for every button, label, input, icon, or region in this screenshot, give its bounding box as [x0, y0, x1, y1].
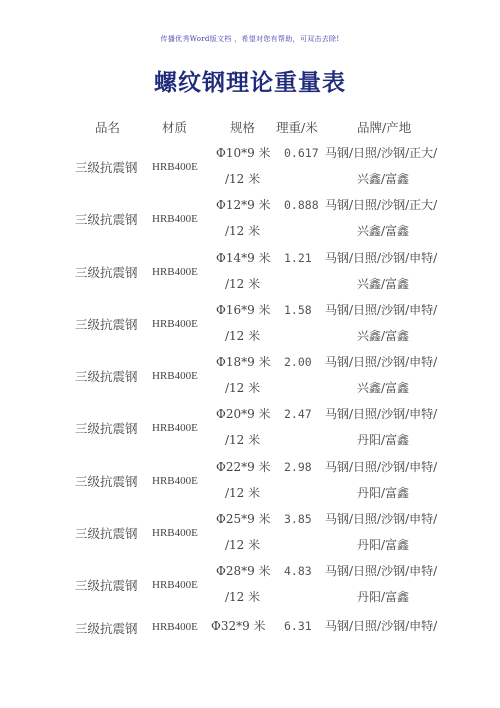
cell-spec-line2: /12 米 — [225, 536, 260, 553]
cell-name: 三级抗震钢 — [75, 576, 138, 594]
table-row: 三级抗震钢 HRB400E Φ25*9 米 /12 米 3.85 马钢/日照/沙… — [0, 506, 500, 558]
cell-material: HRB400E — [152, 621, 198, 633]
cell-material: HRB400E — [152, 370, 198, 382]
cell-spec-line2: /12 米 — [225, 170, 260, 187]
cell-brand-line2: 丹阳/富鑫 — [357, 484, 409, 501]
cell-weight: 3.85 — [284, 512, 312, 526]
cell-brand-line1: 马钢/日照/沙钢/申特/ — [325, 617, 437, 634]
cell-weight: 6.31 — [284, 619, 312, 633]
table-row: 三级抗震钢 HRB400E Φ10*9 米 /12 米 0.617 马钢/日照/… — [0, 140, 500, 192]
cell-weight: 0.888 — [284, 198, 319, 212]
cell-spec-line1: Φ25*9 米 — [216, 510, 271, 527]
cell-weight: 1.58 — [284, 303, 312, 317]
cell-spec-line2: /12 米 — [225, 484, 260, 501]
cell-weight: 4.83 — [284, 564, 312, 578]
cell-name: 三级抗震钢 — [75, 315, 138, 333]
cell-brand-line1: 马钢/日照/沙钢/申特/ — [325, 301, 437, 318]
cell-spec-line1: Φ32*9 米 — [211, 617, 266, 634]
table-row: 三级抗震钢 HRB400E Φ32*9 米 6.31 马钢/日照/沙钢/申特/ — [0, 611, 500, 663]
cell-spec-line1: Φ12*9 米 — [216, 196, 271, 213]
cell-spec-line1: Φ10*9 米 — [216, 144, 271, 161]
cell-brand-line1: 马钢/日照/沙钢/申特/ — [325, 510, 437, 527]
cell-material: HRB400E — [152, 213, 198, 225]
table-row: 三级抗震钢 HRB400E Φ28*9 米 /12 米 4.83 马钢/日照/沙… — [0, 558, 500, 610]
cell-brand-line1: 马钢/日照/沙钢/申特/ — [325, 249, 437, 266]
cell-name: 三级抗震钢 — [75, 263, 138, 281]
cell-spec-line2: /12 米 — [225, 588, 260, 605]
cell-name: 三级抗震钢 — [75, 524, 138, 542]
cell-brand-line2: 丹阳/富鑫 — [357, 588, 409, 605]
cell-brand-line2: 丹阳/富鑫 — [357, 536, 409, 553]
cell-material: HRB400E — [152, 266, 198, 278]
cell-spec-line2: /12 米 — [225, 327, 260, 344]
cell-brand-line1: 马钢/日照/沙钢/申特/ — [325, 562, 437, 579]
document-title: 螺纹钢理论重量表 — [0, 64, 500, 97]
header-note: 传播优秀Word版文档 ，希望对您有帮助，可双击去除! — [0, 34, 500, 44]
cell-name: 三级抗震钢 — [75, 419, 138, 437]
cell-name: 三级抗震钢 — [75, 472, 138, 490]
cell-weight: 2.47 — [284, 407, 312, 421]
cell-brand-line1: 马钢/日照/沙钢/申特/ — [325, 405, 437, 422]
cell-spec-line1: Φ16*9 米 — [216, 301, 271, 318]
cell-brand-line1: 马钢/日照/沙钢/申特/ — [325, 458, 437, 475]
cell-brand-line2: 兴鑫/富鑫 — [357, 222, 409, 239]
table-header-row: 品名 材质 规格 理重/米 品牌/产地 — [0, 118, 500, 140]
cell-brand-line2: 丹阳/富鑫 — [357, 431, 409, 448]
cell-weight: 0.617 — [284, 146, 319, 160]
cell-brand-line2: 兴鑫/富鑫 — [357, 170, 409, 187]
table-row: 三级抗震钢 HRB400E Φ18*9 米 /12 米 2.00 马钢/日照/沙… — [0, 349, 500, 401]
cell-spec-line2: /12 米 — [225, 431, 260, 448]
table-row: 三级抗震钢 HRB400E Φ12*9 米 /12 米 0.888 马钢/日照/… — [0, 192, 500, 244]
table-row: 三级抗震钢 HRB400E Φ22*9 米 /12 米 2.98 马钢/日照/沙… — [0, 454, 500, 506]
cell-name: 三级抗震钢 — [75, 619, 138, 637]
cell-brand-line2: 兴鑫/富鑫 — [357, 379, 409, 396]
rebar-weight-table: 品名 材质 规格 理重/米 品牌/产地 三级抗震钢 HRB400E Φ10*9 … — [0, 118, 500, 663]
cell-weight: 2.98 — [284, 460, 312, 474]
cell-spec-line1: Φ20*9 米 — [216, 405, 271, 422]
cell-spec-line2: /12 米 — [225, 275, 260, 292]
cell-spec-line2: /12 米 — [225, 222, 260, 239]
cell-material: HRB400E — [152, 527, 198, 539]
column-header-weight: 理重/米 — [276, 118, 318, 136]
cell-material: HRB400E — [152, 161, 198, 173]
cell-weight: 2.00 — [284, 355, 312, 369]
table-row: 三级抗震钢 HRB400E Φ14*9 米 /12 米 1.21 马钢/日照/沙… — [0, 245, 500, 297]
cell-spec-line1: Φ28*9 米 — [216, 562, 271, 579]
cell-spec-line2: /12 米 — [225, 379, 260, 396]
cell-material: HRB400E — [152, 422, 198, 434]
cell-spec-line1: Φ22*9 米 — [216, 458, 271, 475]
cell-name: 三级抗震钢 — [75, 367, 138, 385]
column-header-spec: 规格 — [230, 118, 255, 136]
cell-brand-line1: 马钢/日照/沙钢/正大/ — [325, 196, 437, 213]
table-row: 三级抗震钢 HRB400E Φ20*9 米 /12 米 2.47 马钢/日照/沙… — [0, 401, 500, 453]
column-header-name: 品名 — [95, 118, 120, 136]
cell-material: HRB400E — [152, 579, 198, 591]
table-row: 三级抗震钢 HRB400E Φ16*9 米 /12 米 1.58 马钢/日照/沙… — [0, 297, 500, 349]
cell-brand-line2: 兴鑫/富鑫 — [357, 327, 409, 344]
column-header-brand: 品牌/产地 — [357, 118, 411, 136]
cell-spec-line1: Φ18*9 米 — [216, 353, 271, 370]
cell-spec-line1: Φ14*9 米 — [216, 249, 271, 266]
cell-brand-line1: 马钢/日照/沙钢/申特/ — [325, 353, 437, 370]
cell-name: 三级抗震钢 — [75, 210, 138, 228]
cell-weight: 1.21 — [284, 251, 312, 265]
cell-material: HRB400E — [152, 318, 198, 330]
cell-brand-line1: 马钢/日照/沙钢/正大/ — [325, 144, 437, 161]
column-header-material: 材质 — [162, 118, 187, 136]
cell-name: 三级抗震钢 — [75, 158, 138, 176]
cell-brand-line2: 兴鑫/富鑫 — [357, 275, 409, 292]
cell-material: HRB400E — [152, 475, 198, 487]
